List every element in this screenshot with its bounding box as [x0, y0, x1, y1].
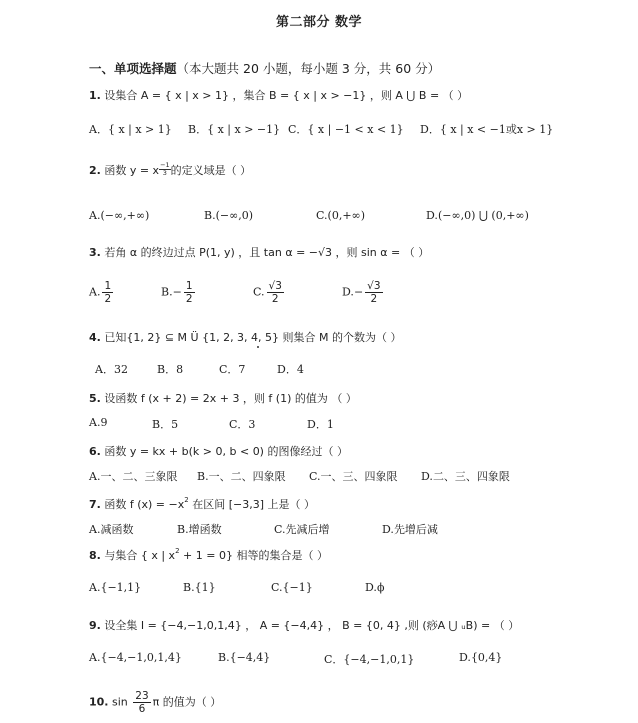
question-number: 9. — [89, 619, 101, 632]
question-8: 8. 与集合 { x | x2 + 1 = 0} 相等的集合是（ ） — [89, 547, 328, 563]
option-d: D.二、三、四象限 — [421, 468, 510, 484]
option-b: B．5 — [152, 416, 178, 432]
page-title: 第二部分 数学 — [0, 11, 638, 30]
option-b: B.{−4,4} — [218, 651, 270, 664]
fraction: 236 — [133, 690, 150, 715]
option-c: C.{−1} — [271, 581, 313, 594]
option-b: B．8 — [157, 361, 183, 377]
option-a: A.(−∞,+∞) — [89, 209, 149, 222]
option-b: B.增函数 — [177, 521, 222, 537]
exponent-fraction: −13 — [159, 162, 171, 177]
option-c: C.一、三、四象限 — [309, 468, 398, 484]
option-d: D．4 — [277, 361, 304, 377]
question-stem: 设函数 f (x + 2) = 2x + 3 ，则 f (1) 的值为 （ ） — [104, 392, 357, 405]
question-number: 7. — [89, 498, 101, 511]
option-b: B.一、二、四象限 — [197, 468, 286, 484]
question-4-options: A．32 B．8 C．7 D．4 — [89, 361, 629, 391]
option-a: A.减函数 — [89, 521, 133, 537]
option-c: C．{ x | −1 < x < 1} — [288, 121, 404, 137]
question-9-options: A.{−4,−1,0,1,4} B.{−4,4} C．{−4,−1,0,1} D… — [89, 651, 629, 681]
question-stem: 已知{1, 2} ⊆ M Ü {1, 2, 3, 4, 5} 则集合 M 的个数… — [104, 331, 401, 344]
question-number: 1. — [89, 89, 101, 102]
option-d: D.(−∞,0) ⋃ (0,+∞) — [426, 209, 529, 222]
question-number: 8. — [89, 549, 101, 562]
question-stem-prefix: 函数 f (x) = −x — [104, 498, 184, 511]
question-5: 5. 设函数 f (x + 2) = 2x + 3 ，则 f (1) 的值为 （… — [89, 390, 357, 406]
option-c: C.(0,+∞) — [316, 209, 365, 222]
question-number: 10. — [89, 696, 109, 709]
question-number: 4. — [89, 331, 101, 344]
question-10: 10. sin 236π 的值为（ ） — [89, 690, 221, 715]
option-d: D.−√32 — [342, 280, 385, 305]
question-3: 3. 若角 α 的终边过点 P(1, y) ，且 tan α = −√3 ，则 … — [89, 244, 429, 260]
option-d: D.先增后减 — [382, 521, 438, 537]
section-heading-note: （本大题共 20 小题，每小题 3 分，共 60 分） — [177, 61, 441, 76]
option-b: B.(−∞,0) — [204, 209, 253, 222]
question-2-options: A.(−∞,+∞) B.(−∞,0) C.(0,+∞) D.(−∞,0) ⋃ (… — [89, 209, 629, 239]
question-6-options: A.一、二、三象限 B.一、二、四象限 C.一、三、四象限 D.二、三、四象限 — [89, 468, 629, 498]
question-number: 6. — [89, 445, 101, 458]
question-stem-suffix: 的定义域是（ ） — [171, 164, 252, 177]
question-4: 4. 已知{1, 2} ⊆ M Ü {1, 2, 3, 4, 5} 则集合 M … — [89, 329, 402, 345]
option-c: C．7 — [219, 361, 245, 377]
section-heading: 一、单项选择题（本大题共 20 小题，每小题 3 分，共 60 分） — [89, 59, 440, 77]
stray-dot — [257, 346, 259, 348]
option-d: D.ϕ — [365, 581, 384, 594]
option-c: C．3 — [229, 416, 255, 432]
question-stem: 函数 y = kx + b(k > 0, b < 0) 的图像经过（ ） — [104, 445, 348, 458]
question-8-options: A.{−1,1} B.{1} C.{−1} D.ϕ — [89, 581, 629, 611]
option-d: D.{0,4} — [459, 651, 502, 664]
question-stem-prefix: 与集合 { x | x — [104, 549, 175, 562]
question-number: 2. — [89, 164, 101, 177]
option-c: C.先减后增 — [274, 521, 330, 537]
question-1-options: A．{ x | x > 1} B．{ x | x > −1} C．{ x | −… — [89, 121, 629, 151]
question-stem: 若角 α 的终边过点 P(1, y) ，且 tan α = −√3 ，则 sin… — [104, 246, 429, 259]
question-5-options: A.9 B．5 C．3 D．1 — [89, 416, 629, 446]
question-number: 3. — [89, 246, 101, 259]
question-9: 9. 设全集 I = {−4,−1,0,1,4} ， A = {−4,4} ， … — [89, 617, 519, 633]
option-b: B．{ x | x > −1} — [188, 121, 280, 137]
option-a: A.一、二、三象限 — [89, 468, 177, 484]
option-d: D．1 — [307, 416, 334, 432]
section-heading-bold: 一、单项选择题 — [89, 61, 177, 76]
question-stem: 设集合 A = { x | x > 1} ，集合 B = { x | x > −… — [104, 89, 468, 102]
option-d: D．{ x | x < −1或x > 1} — [420, 121, 553, 137]
option-a: A．32 — [95, 361, 128, 377]
option-a: A.{−1,1} — [89, 581, 141, 594]
question-stem-suffix: + 1 = 0} 相等的集合是（ ） — [180, 549, 328, 562]
question-1: 1. 设集合 A = { x | x > 1} ，集合 B = { x | x … — [89, 87, 468, 103]
question-stem-suffix: π 的值为（ ） — [153, 696, 222, 709]
question-7: 7. 函数 f (x) = −x2 在区间 [−3,3] 上是（ ） — [89, 496, 315, 512]
question-stem-prefix: 函数 y = x — [104, 164, 159, 177]
question-stem: 设全集 I = {−4,−1,0,1,4} ， A = {−4,4} ， B =… — [104, 619, 519, 632]
question-3-options: A.12 B.−12 C.√32 D.−√32 — [89, 280, 629, 310]
option-a: A.{−4,−1,0,1,4} — [89, 651, 182, 664]
option-a: A．{ x | x > 1} — [89, 121, 172, 137]
question-number: 5. — [89, 392, 101, 405]
question-2: 2. 函数 y = x−13的定义域是（ ） — [89, 162, 251, 178]
option-a: A.12 — [89, 280, 115, 305]
option-a: A.9 — [89, 416, 107, 429]
question-stem-suffix: 在区间 [−3,3] 上是（ ） — [189, 498, 315, 511]
exam-page: 第二部分 数学 一、单项选择题（本大题共 20 小题，每小题 3 分，共 60 … — [0, 0, 638, 723]
option-c: C．{−4,−1,0,1} — [324, 651, 414, 667]
option-b: B.{1} — [183, 581, 216, 594]
question-6: 6. 函数 y = kx + b(k > 0, b < 0) 的图像经过（ ） — [89, 443, 348, 459]
option-c: C.√32 — [253, 280, 286, 305]
option-b: B.−12 — [161, 280, 197, 305]
question-stem-prefix: sin — [112, 696, 128, 709]
